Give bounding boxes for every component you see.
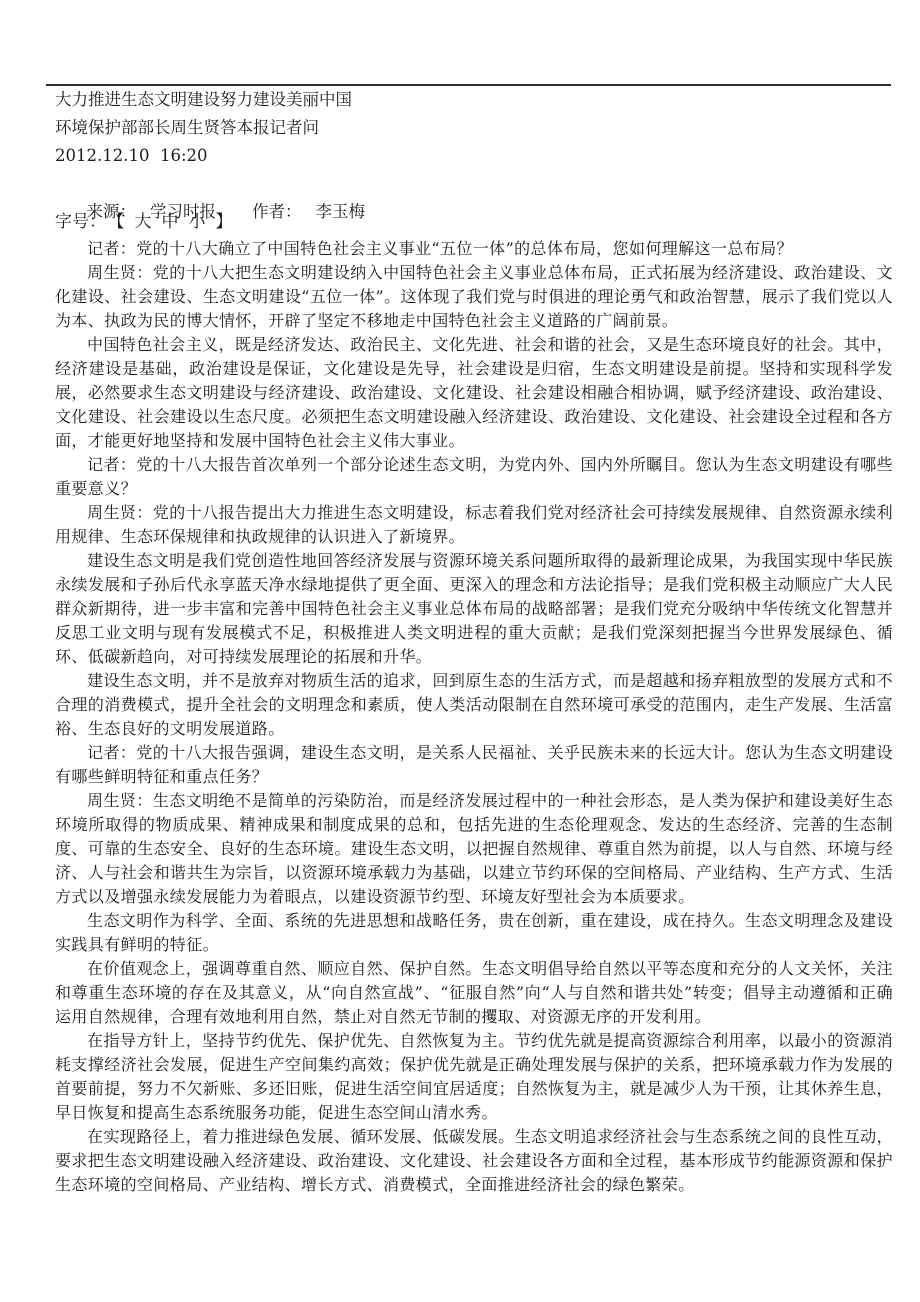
article-paragraph: 周生贤：党的十八大把生态文明建设纳入中国特色社会主义事业总体布局，正式拓展为经济…: [55, 261, 893, 333]
author-label: 作者：: [252, 198, 302, 226]
font-size-medium-button[interactable]: 中: [162, 210, 179, 234]
font-size-label: 字号：: [55, 212, 106, 232]
article-title-line2: 环境保护部部长周生贤答本报记者问: [55, 114, 893, 142]
article-body: 记者：党的十八大确立了中国特色社会主义事业“五位一体”的总体布局，您如何理解这一…: [55, 237, 893, 1197]
article-header: 大力推进生态文明建设努力建设美丽中国 环境保护部部长周生贤答本报记者问 2012…: [55, 86, 893, 234]
article-paragraph: 中国特色社会主义，既是经济发达、政治民主、文化先进、社会和谐的社会，又是生态环境…: [55, 333, 893, 453]
font-size-selector: 字号：【大中小】: [55, 210, 893, 234]
article-paragraph: 生态文明作为科学、全面、系统的先进思想和战略任务，贵在创新，重在建设，成在持久。…: [55, 909, 893, 957]
article-paragraph: 建设生态文明是我们党创造性地回答经济发展与资源环境关系问题所取得的最新理论成果，…: [55, 549, 893, 669]
font-size-large-button[interactable]: 大: [135, 210, 152, 234]
article-paragraph: 周生贤：生态文明绝不是简单的污染防治，而是经济发展过程中的一种社会形态，是人类为…: [55, 789, 893, 909]
article-paragraph: 建设生态文明，并不是放弃对物质生活的追求，回到原生态的生活方式，而是超越和扬弃粗…: [55, 669, 893, 741]
article-paragraph: 在实现路径上，着力推进绿色发展、循环发展、低碳发展。生态文明追求经济社会与生态系…: [55, 1125, 893, 1197]
article-paragraph: 记者：党的十八大确立了中国特色社会主义事业“五位一体”的总体布局，您如何理解这一…: [55, 237, 893, 261]
font-size-bracket-open: 【: [116, 212, 125, 232]
author-value: 李玉梅: [315, 198, 365, 226]
article-paragraph: 在价值观念上，强调尊重自然、顺应自然、保护自然。生态文明倡导给自然以平等态度和充…: [55, 957, 893, 1029]
article-title-line1: 大力推进生态文明建设努力建设美丽中国: [55, 86, 893, 114]
article-paragraph: 在指导方针上，坚持节约优先、保护优先、自然恢复为主。节约优先就是提高资源综合利用…: [55, 1029, 893, 1125]
font-size-small-button[interactable]: 小: [189, 210, 206, 234]
source-author-line: 来源：学习时报作者：李玉梅: [55, 170, 893, 198]
article-paragraph: 记者：党的十八大报告首次单列一个部分论述生态文明，为党内外、国内外所瞩目。您认为…: [55, 453, 893, 501]
article-paragraph: 记者：党的十八大报告强调，建设生态文明，是关系人民福祉、关乎民族未来的长远大计。…: [55, 741, 893, 789]
publish-datetime: 2012.12.10 16:20: [55, 142, 893, 170]
font-size-bracket-close: 】: [216, 212, 233, 232]
article-paragraph: 周生贤：党的十八报告提出大力推进生态文明建设，标志着我们党对经济社会可持续发展规…: [55, 501, 893, 549]
article-page: 大力推进生态文明建设努力建设美丽中国 环境保护部部长周生贤答本报记者问 2012…: [0, 0, 920, 1302]
